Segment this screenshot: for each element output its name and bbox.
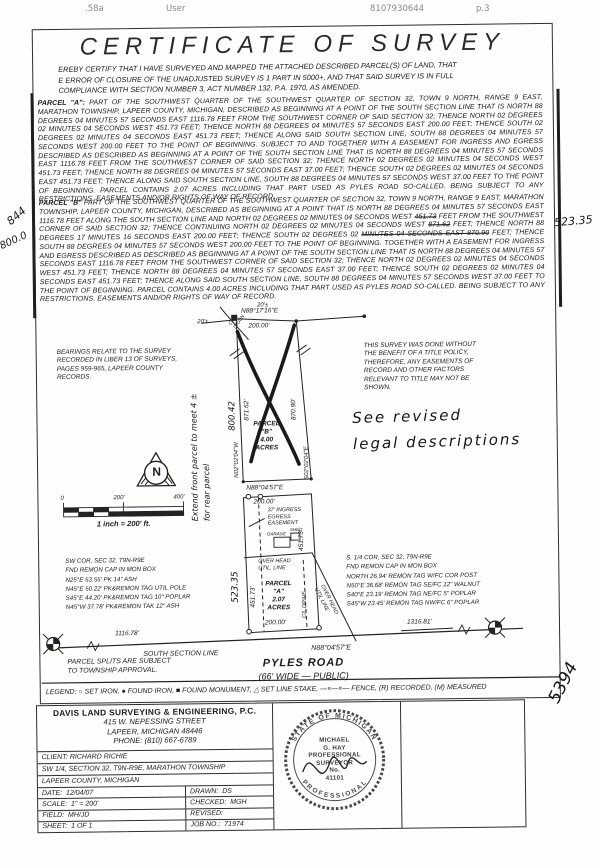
scale-caption: 1 inch = 200' ft. [74, 519, 174, 530]
handwritten-523: 523.35 [230, 571, 240, 603]
revised-cell: REVISED: [186, 808, 273, 819]
bearing-east-line: S02°02'04"E [304, 446, 312, 480]
scale-tick-400: 400' [173, 494, 195, 502]
bearing-mid-line: N88°04'57"E [246, 484, 283, 493]
seal-center-text: MICHAEL G. HAY PROFESSIONAL SURVEYOR No.… [305, 736, 364, 782]
scale-tick-0: 0 [60, 496, 63, 504]
title-block-grid: DATE: 12/04/07 DRAWN: DS SCALE: 1" = 200… [38, 785, 274, 832]
bearing-south-line: N88°04'57"E [311, 643, 351, 653]
parcel-splits-note: PARCEL SPLITS ARE SUBJECT TO TOWNSHIP AP… [67, 657, 171, 676]
struck-dimension: 871.62 [428, 221, 450, 228]
certificate-sheet: CERTIFICATE OF SURVEY EREBY CERTIFY THAT… [0, 0, 600, 868]
north-letter: N [150, 465, 163, 481]
firm-phone: PHONE: (810) 667-6789 [37, 735, 272, 747]
road-name: PYLES ROAD [233, 655, 373, 671]
sw-corner-description: SW COR, SEC 32, T9N-R9E FND REMON CAP IN… [65, 555, 190, 612]
easement-label: 37' INGRESS EGRESS EASEMENT [268, 507, 302, 527]
drawn-cell: DRAWN: DS [186, 785, 273, 796]
certification-statement: EREBY CERTIFY THAT I HAVE SURVEYED AND M… [58, 59, 536, 97]
parcel-b-description: PARCEL "B" PART OF THE SOUTHWEST QUARTER… [39, 194, 545, 305]
sheet-cell: SHEET: 1 OF 1 [38, 820, 186, 832]
dim-200-bottom: 200.00' [265, 619, 286, 628]
handwritten-800: 800.42 [227, 401, 237, 431]
parcel-a-text: PART OF THE SOUTHWEST QUARTER OF THE SOU… [38, 94, 544, 203]
dim-1316: 1316.81' [407, 618, 432, 627]
scale-tick-200: 200' [113, 495, 135, 503]
bearings-note: BEARINGS RELATE TO THE SURVEY RECORDED I… [57, 347, 192, 382]
field-cell: FIELD: MH/JD [38, 809, 186, 821]
parcel-b-label: PARCEL "B" [39, 200, 82, 208]
struck-dimension: MINUTES 04 SECONDS EAST 870.90 [361, 230, 489, 239]
handwritten-margin-number: 800.0 [0, 230, 29, 252]
scan-edge-artifact-right [556, 89, 561, 307]
handwritten-margin-number: 844 [4, 204, 28, 228]
struck-dimension: 451.73 [414, 213, 436, 220]
date-cell: DATE: 12/04/07 [38, 786, 186, 798]
firm-header: DAVIS LAND SURVEYING & ENGINEERING, P.C.… [37, 703, 273, 752]
title-block-table: DAVIS LAND SURVEYING & ENGINEERING, P.C.… [36, 699, 527, 833]
road-width-note: (66' WIDE — PUBLIC) [226, 670, 382, 684]
s-quarter-corner-description: S. 1/4 COR, SEC 32, T9N-R9E FND REMON CA… [346, 552, 480, 609]
dim-1116: 1116.78' [115, 630, 139, 639]
dim-871: 871.62' [243, 399, 252, 420]
title-block-left-column: DAVIS LAND SURVEYING & ENGINEERING, P.C.… [37, 703, 275, 832]
title-policy-note: THIS SURVEY WAS DONE WITHOUT THE BENEFIT… [364, 341, 500, 393]
handwritten-revised-dimension: 523.35 [554, 213, 593, 229]
scale-cell: SCALE: 1" = 200' [38, 798, 186, 810]
dim-451-right: 451.73' [298, 530, 307, 551]
checked-cell: CHECKED: MGH [186, 797, 273, 808]
garage-label: GARAGE [267, 531, 286, 537]
job-cell: JOB NO.: 71974 [186, 819, 273, 830]
cl-drive-label: C/L DRIVE [302, 591, 309, 618]
overhead-line-label: OVER HEAD UTIL. LINE [258, 558, 291, 572]
dim-870: 870.90' [290, 399, 299, 420]
dim-20ft: 20'± [197, 319, 208, 327]
dim-200-top: 200.00' [248, 322, 269, 331]
parcel-a-name: PARCEL "A" 2.07 ACRES [256, 580, 300, 613]
scanned-survey-page: .58a User 8107930644 p.3 CERTIFICATE OF … [0, 0, 600, 868]
parcel-b-name: PARCEL "B" 4.00 ACRES [244, 420, 288, 453]
parcel-a-description: PARCEL "A": PART OF THE SOUTHWEST QUARTE… [38, 94, 544, 205]
bearing-north-line: N88°17'16"E [241, 307, 278, 316]
handwritten-extend-note: Extend front parcel to meet 4 ± for rear… [187, 321, 213, 521]
empty-cell [401, 700, 526, 827]
dim-200-mid: 200.00' [253, 498, 274, 507]
parcel-a-label: PARCEL "A": [38, 100, 85, 108]
handwritten-see-revised-note: See revised legal descriptions [352, 399, 543, 457]
bearing-west-line: N02°02'04"W [234, 442, 242, 478]
